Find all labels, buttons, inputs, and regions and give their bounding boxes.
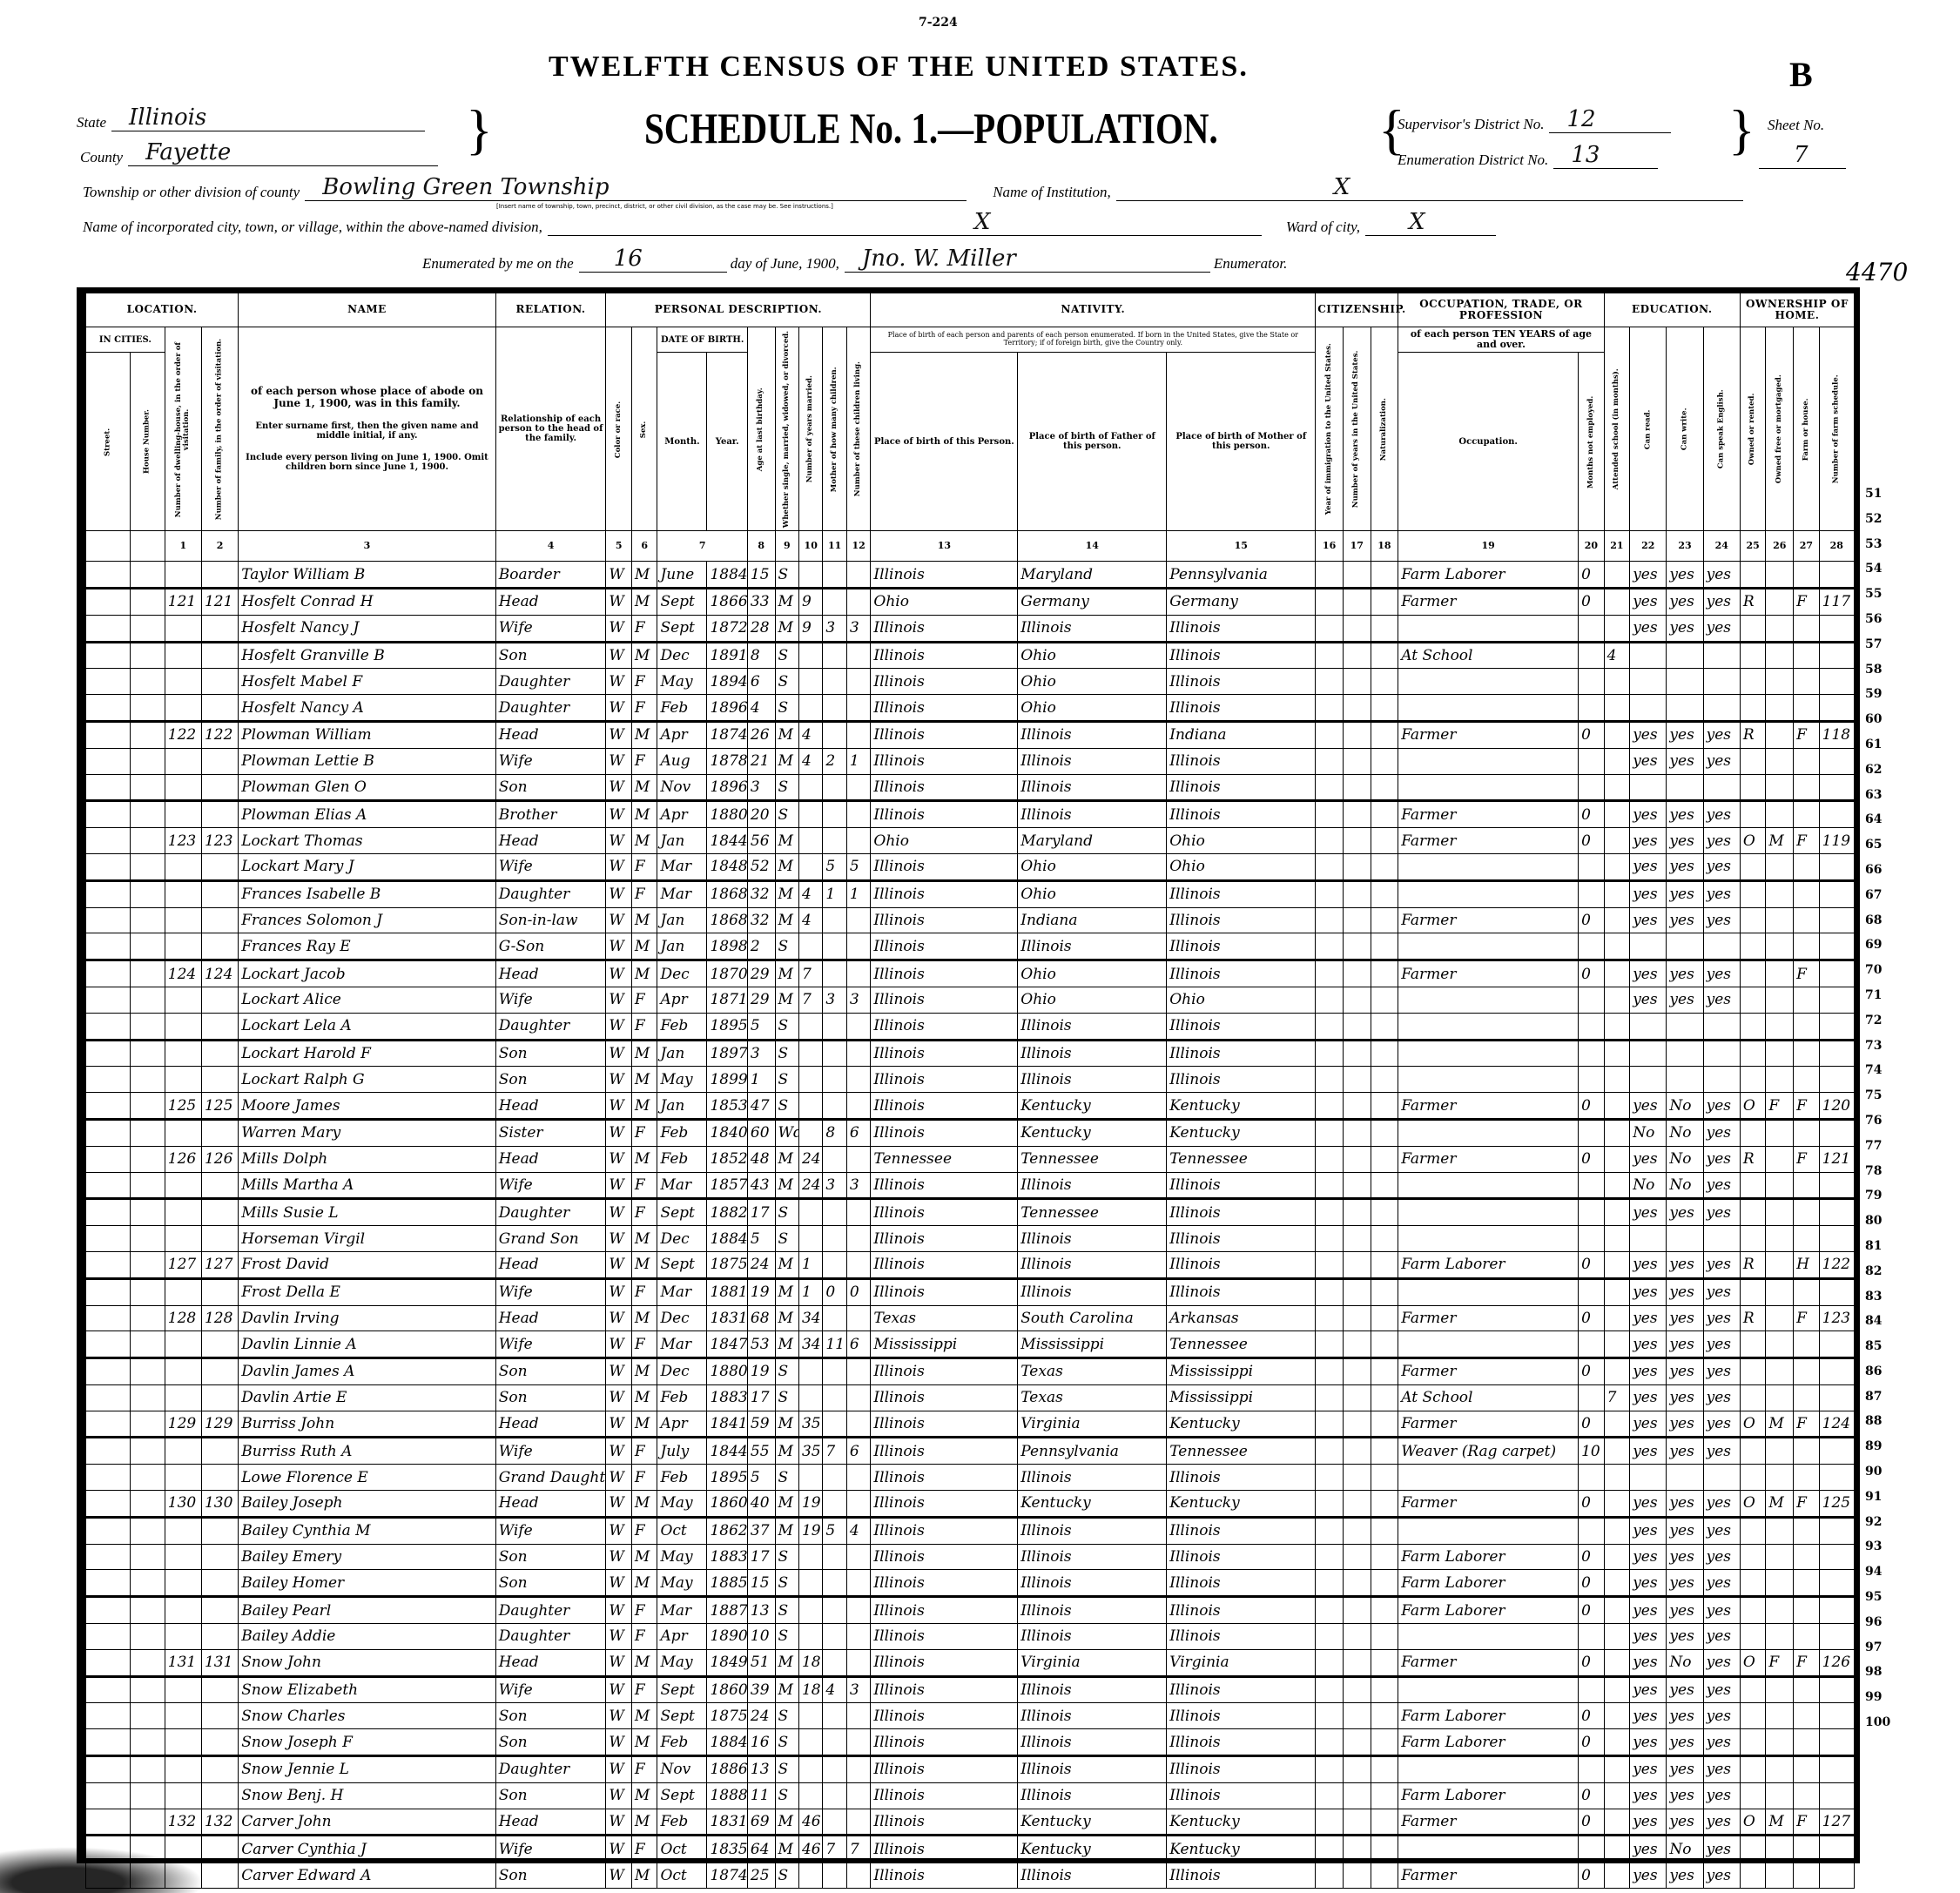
street-cell (86, 1093, 131, 1120)
owned-rented-header: Owned or rented. (1740, 327, 1766, 531)
nativity-header: NATIVITY. (871, 293, 1316, 327)
family-number-cell (201, 1067, 238, 1093)
age-cell: 3 (747, 774, 775, 801)
immigration-year-cell (1316, 669, 1344, 695)
naturalization-cell (1371, 1624, 1398, 1650)
age-cell: 11 (747, 1782, 775, 1809)
marital-status-cell: S (775, 1093, 798, 1120)
occupation-cell: Farmer (1398, 588, 1579, 615)
can-write-cell: yes (1667, 1331, 1703, 1358)
street-cell (86, 669, 131, 695)
line-number: 71 (1865, 983, 1900, 1008)
house-number-cell (130, 1199, 165, 1226)
census-row: Hosfelt Mabel FDaughterWFMay18946SIllino… (86, 669, 1855, 695)
house-number-cell (130, 1544, 165, 1570)
birthplace-father-cell: Illinois (1018, 1465, 1167, 1491)
relation-cell: Wife (495, 1172, 606, 1199)
marital-status-cell: S (775, 933, 798, 960)
house-number-cell (130, 1729, 165, 1756)
naturalization-cell (1371, 695, 1398, 722)
years-in-us-cell (1343, 1411, 1371, 1438)
census-row: Plowman Lettie BWifeWFAug187821M421Illin… (86, 748, 1855, 774)
occupation-cell: Farm Laborer (1398, 1570, 1579, 1597)
occupation-cell: Farm Laborer (1398, 1703, 1579, 1729)
can-write-cell: yes (1667, 1756, 1703, 1783)
birth-month-cell: Apr (657, 1624, 707, 1650)
farm-house-cell: F (1794, 1411, 1820, 1438)
column-number: 1 (165, 531, 201, 562)
census-row: 130130Bailey JosephHeadWMMay186040M19Ill… (86, 1491, 1855, 1518)
can-speak-english-cell (1703, 642, 1740, 669)
birthplace-father-cell: Illinois (1018, 774, 1167, 801)
dwelling-number-cell (165, 1358, 201, 1385)
can-read-cell: yes (1630, 987, 1667, 1013)
sex-cell: F (631, 1756, 657, 1783)
owned-rented-cell (1740, 1438, 1766, 1465)
line-number: 87 (1865, 1384, 1900, 1410)
can-write-cell: yes (1667, 615, 1703, 642)
relation-cell: Head (495, 1305, 606, 1331)
mother-of-cell (823, 588, 846, 615)
farm-schedule-cell (1819, 1067, 1854, 1093)
relation-cell: G-Son (495, 933, 606, 960)
birth-year-cell: 1886 (707, 1756, 747, 1783)
color-cell: W (606, 1384, 632, 1411)
birth-year-cell: 1880 (707, 1358, 747, 1385)
owned-free-cell: M (1766, 1491, 1794, 1518)
occupation-cell (1398, 1278, 1579, 1305)
mother-of-cell (823, 1756, 846, 1783)
county-field: County Fayette (80, 139, 438, 166)
mother-of-cell (823, 1384, 846, 1411)
street-cell (86, 1597, 131, 1624)
birthplace-father-cell: Texas (1018, 1358, 1167, 1385)
attended-school-cell (1604, 1305, 1630, 1331)
years-in-us-cell (1343, 1570, 1371, 1597)
age-cell: 51 (747, 1649, 775, 1676)
family-number-cell (201, 642, 238, 669)
attended-school-cell (1604, 1067, 1630, 1093)
census-row: Bailey Cynthia MWifeWFOct186237M1954Illi… (86, 1517, 1855, 1544)
birth-year-cell: 1898 (707, 933, 747, 960)
owned-rented-cell (1740, 1517, 1766, 1544)
owned-free-cell (1766, 907, 1794, 933)
birth-month-cell: Feb (657, 1384, 707, 1411)
mother-of-cell (823, 1782, 846, 1809)
can-write-header: Can write. (1667, 327, 1703, 531)
owned-rented-cell (1740, 1782, 1766, 1809)
years-married-cell (798, 1465, 822, 1491)
marital-status-cell: M (775, 1411, 798, 1438)
can-write-cell: No (1667, 1146, 1703, 1172)
birthplace-father-cell: Illinois (1018, 1013, 1167, 1040)
naturalization-cell (1371, 615, 1398, 642)
can-write-cell: yes (1667, 1676, 1703, 1703)
farm-schedule-cell (1819, 669, 1854, 695)
birthplace-person-cell: Illinois (871, 1809, 1018, 1836)
mother-of-cell: 3 (823, 615, 846, 642)
farm-house-cell: F (1794, 1649, 1820, 1676)
birthplace-person-cell: Illinois (871, 1836, 1018, 1863)
owned-rented-cell (1740, 1624, 1766, 1650)
street-cell (86, 1199, 131, 1226)
street-cell (86, 1146, 131, 1172)
occupation-cell (1398, 1331, 1579, 1358)
years-in-us-cell (1343, 615, 1371, 642)
attended-school-header: Attended school (in months). (1604, 327, 1630, 531)
years-married-cell (798, 1358, 822, 1385)
birth-month-cell: Feb (657, 1809, 707, 1836)
years-married-cell: 19 (798, 1491, 822, 1518)
family-number-cell: 132 (201, 1809, 238, 1836)
mother-of-cell (823, 1226, 846, 1252)
house-number-cell (130, 801, 165, 828)
line-number: 83 (1865, 1284, 1900, 1310)
birth-year-cell: 1860 (707, 1491, 747, 1518)
children-living-cell: 6 (846, 1331, 871, 1358)
census-row: Lockart Lela ADaughterWFFeb18955SIllinoi… (86, 1013, 1855, 1040)
census-row: 126126Mills DolphHeadWMFeb185248M24Tenne… (86, 1146, 1855, 1172)
marital-status-cell: M (775, 1278, 798, 1305)
sex-cell: M (631, 1251, 657, 1278)
dwelling-number-cell (165, 642, 201, 669)
line-number: 61 (1865, 732, 1900, 758)
years-in-us-cell (1343, 1067, 1371, 1093)
birthplace-father-cell: Illinois (1018, 1570, 1167, 1597)
house-number-cell (130, 1331, 165, 1358)
township-field: Township or other division of county Bow… (83, 174, 1743, 201)
birth-year-cell: 1857 (707, 1172, 747, 1199)
can-speak-english-cell: yes (1703, 1491, 1740, 1518)
family-number-cell: 124 (201, 960, 238, 987)
enumeration-label: Enumeration District No. (1398, 152, 1548, 169)
attended-school-cell (1604, 987, 1630, 1013)
relation-cell: Head (495, 1093, 606, 1120)
farm-schedule-cell (1819, 615, 1854, 642)
sex-cell: F (631, 1172, 657, 1199)
person-name-cell: Horseman Virgil (239, 1226, 496, 1252)
birthplace-father-cell: Tennessee (1018, 1146, 1167, 1172)
birthplace-mother-cell: Illinois (1167, 1570, 1316, 1597)
in-cities-header: IN CITIES. (86, 327, 165, 353)
months-unemployed-cell: 10 (1579, 1438, 1605, 1465)
immigration-year-cell (1316, 1411, 1344, 1438)
can-write-cell: yes (1667, 588, 1703, 615)
immigration-year-cell (1316, 695, 1344, 722)
census-row: Horseman VirgilGrand SonWMDec18845SIllin… (86, 1226, 1855, 1252)
birth-month-cell: Apr (657, 1411, 707, 1438)
sex-cell: M (631, 1729, 657, 1756)
naturalization-cell (1371, 1570, 1398, 1597)
age-cell: 10 (747, 1624, 775, 1650)
owned-free-cell (1766, 748, 1794, 774)
naturalization-header: Naturalization. (1371, 327, 1398, 531)
birthplace-father-cell: Ohio (1018, 642, 1167, 669)
birth-month-cell: Apr (657, 987, 707, 1013)
occupation-cell: Weaver (Rag carpet) (1398, 1438, 1579, 1465)
months-unemployed-cell: 0 (1579, 1570, 1605, 1597)
education-header: EDUCATION. (1604, 293, 1740, 327)
can-write-cell: yes (1667, 960, 1703, 987)
marital-status-cell: S (775, 1703, 798, 1729)
color-header: Color or race. (606, 327, 632, 531)
months-unemployed-cell: 0 (1579, 1146, 1605, 1172)
relation-cell: Daughter (495, 1013, 606, 1040)
relation-description-header: Relationship of each person to the head … (495, 327, 606, 531)
owned-rented-cell: O (1740, 1411, 1766, 1438)
birth-year-cell: 1874 (707, 721, 747, 748)
birthplace-mother-cell: Illinois (1167, 801, 1316, 828)
dwelling-number-cell (165, 1040, 201, 1067)
marital-status-cell: S (775, 1570, 798, 1597)
occupation-cell (1398, 987, 1579, 1013)
age-cell: 21 (747, 748, 775, 774)
farm-schedule-cell (1819, 1331, 1854, 1358)
dwelling-number-cell (165, 1013, 201, 1040)
family-number-cell (201, 1226, 238, 1252)
birthplace-mother-cell: Tennessee (1167, 1331, 1316, 1358)
county-label: County (80, 149, 123, 166)
marital-status-cell: S (775, 1863, 798, 1889)
can-read-cell: yes (1630, 1278, 1667, 1305)
naturalization-cell (1371, 1226, 1398, 1252)
sex-cell: M (631, 933, 657, 960)
birthplace-mother-cell: Ohio (1167, 853, 1316, 880)
person-name-cell: Davlin Artie E (239, 1384, 496, 1411)
family-number-cell (201, 1199, 238, 1226)
birthplace-father-cell: Illinois (1018, 721, 1167, 748)
state-value: Illinois (129, 104, 206, 131)
can-write-cell: yes (1667, 1597, 1703, 1624)
farm-schedule-cell (1819, 1836, 1854, 1863)
years-married-cell (798, 562, 822, 589)
can-write-cell: yes (1667, 1251, 1703, 1278)
farm-house-cell: F (1794, 828, 1820, 854)
birth-year-cell: 1866 (707, 588, 747, 615)
color-cell: W (606, 669, 632, 695)
line-number: 79 (1865, 1183, 1900, 1209)
marital-status-cell: S (775, 801, 798, 828)
farm-house-cell (1794, 853, 1820, 880)
years-in-us-cell (1343, 853, 1371, 880)
years-in-us-cell (1343, 588, 1371, 615)
census-row: 131131Snow JohnHeadWMMay184951M18Illinoi… (86, 1649, 1855, 1676)
line-number: 51 (1865, 482, 1900, 507)
owned-free-cell (1766, 695, 1794, 722)
person-name-cell: Taylor William B (239, 562, 496, 589)
owned-free-cell (1766, 880, 1794, 907)
can-read-cell: yes (1630, 1438, 1667, 1465)
street-cell (86, 642, 131, 669)
relation-cell: Daughter (495, 1624, 606, 1650)
can-speak-english-cell (1703, 1465, 1740, 1491)
person-name-cell: Plowman Lettie B (239, 748, 496, 774)
birth-month-cell: Feb (657, 1119, 707, 1146)
owned-free-cell (1766, 853, 1794, 880)
marital-status-cell: M (775, 1146, 798, 1172)
years-married-cell (798, 1013, 822, 1040)
immigration-year-cell (1316, 880, 1344, 907)
family-number-cell (201, 1331, 238, 1358)
occupation-cell: Farm Laborer (1398, 1597, 1579, 1624)
person-name-cell: Lockart Harold F (239, 1040, 496, 1067)
birth-year-cell: 1890 (707, 1624, 747, 1650)
children-living-cell (846, 1251, 871, 1278)
birth-year-cell: 1894 (707, 669, 747, 695)
birthplace-person-cell: Illinois (871, 1199, 1018, 1226)
mother-of-cell (823, 669, 846, 695)
census-row: Snow CharlesSonWMSept187524SIllinoisIlli… (86, 1703, 1855, 1729)
birthplace-person-cell: Illinois (871, 1013, 1018, 1040)
years-in-us-cell (1343, 1544, 1371, 1570)
farm-schedule-cell: 123 (1819, 1305, 1854, 1331)
family-number-cell (201, 801, 238, 828)
owned-free-cell (1766, 1756, 1794, 1783)
farm-house-cell (1794, 801, 1820, 828)
birth-year-cell: 1875 (707, 1251, 747, 1278)
occupation-cell (1398, 1676, 1579, 1703)
marital-status-cell: M (775, 1172, 798, 1199)
years-married-cell (798, 1067, 822, 1093)
months-unemployed-cell: 0 (1579, 588, 1605, 615)
person-name-cell: Mills Dolph (239, 1146, 496, 1172)
owned-rented-cell (1740, 1226, 1766, 1252)
street-cell (86, 1809, 131, 1836)
attended-school-cell (1604, 1517, 1630, 1544)
occupation-cell (1398, 774, 1579, 801)
age-cell: 24 (747, 1703, 775, 1729)
relation-cell: Sister (495, 1119, 606, 1146)
can-read-cell: yes (1630, 853, 1667, 880)
mother-of-cell (823, 1570, 846, 1597)
line-number: 94 (1865, 1560, 1900, 1585)
marital-status-cell: S (775, 1384, 798, 1411)
birthplace-father-cell: Illinois (1018, 1251, 1167, 1278)
birth-month-cell: Oct (657, 1836, 707, 1863)
person-name-cell: Plowman Elias A (239, 801, 496, 828)
immigration-year-cell (1316, 1863, 1344, 1889)
immigration-year-cell (1316, 721, 1344, 748)
birthplace-person-cell: Illinois (871, 1649, 1018, 1676)
years-in-us-cell (1343, 828, 1371, 854)
birthplace-person-cell: Illinois (871, 880, 1018, 907)
house-number-cell (130, 1649, 165, 1676)
person-name-cell: Lockart Ralph G (239, 1067, 496, 1093)
owned-rented-cell (1740, 1199, 1766, 1226)
occupation-cell: Farmer (1398, 1411, 1579, 1438)
person-name-cell: Mills Martha A (239, 1172, 496, 1199)
street-cell (86, 880, 131, 907)
family-number-cell (201, 1384, 238, 1411)
children-living-cell (846, 1305, 871, 1331)
naturalization-cell (1371, 933, 1398, 960)
age-cell: 29 (747, 960, 775, 987)
birth-month-cell: Feb (657, 1146, 707, 1172)
farm-house-cell: F (1794, 721, 1820, 748)
line-number: 68 (1865, 908, 1900, 933)
immigration-year-cell (1316, 1836, 1344, 1863)
line-number: 81 (1865, 1234, 1900, 1259)
owned-free-header: Owned free or mortgaged. (1766, 327, 1794, 531)
line-number: 58 (1865, 657, 1900, 683)
column-number: 28 (1819, 531, 1854, 562)
can-read-cell (1630, 1040, 1667, 1067)
farm-house-cell (1794, 987, 1820, 1013)
birthplace-person-cell: Illinois (871, 1358, 1018, 1385)
age-cell: 47 (747, 1093, 775, 1120)
marital-status-cell: M (775, 1649, 798, 1676)
immigration-year-cell (1316, 960, 1344, 987)
months-unemployed-cell (1579, 642, 1605, 669)
farm-schedule-cell: 120 (1819, 1093, 1854, 1120)
owned-rented-cell (1740, 1544, 1766, 1570)
line-number: 77 (1865, 1134, 1900, 1159)
marital-status-cell: S (775, 562, 798, 589)
naturalization-cell (1371, 1597, 1398, 1624)
family-number-cell (201, 669, 238, 695)
can-read-cell: yes (1630, 1809, 1667, 1836)
can-read-cell: yes (1630, 880, 1667, 907)
birthplace-father-cell: Ohio (1018, 987, 1167, 1013)
family-number-cell: 130 (201, 1491, 238, 1518)
attended-school-cell (1604, 1756, 1630, 1783)
mother-of-cell (823, 1863, 846, 1889)
mother-of-cell (823, 1411, 846, 1438)
marital-status-cell: M (775, 1251, 798, 1278)
family-number-cell: 122 (201, 721, 238, 748)
dwelling-number-cell (165, 1544, 201, 1570)
line-number: 91 (1865, 1485, 1900, 1510)
age-cell: 16 (747, 1729, 775, 1756)
street-cell (86, 748, 131, 774)
column-number-row: 1234567891011121314151617181920212223242… (86, 531, 1855, 562)
birth-month-cell: Sept (657, 1676, 707, 1703)
person-name-cell: Frances Isabelle B (239, 880, 496, 907)
marital-status-cell: M (775, 1491, 798, 1518)
census-row: Frost Della EWifeWFMar188119M100Illinois… (86, 1278, 1855, 1305)
person-name-cell: Davlin James A (239, 1358, 496, 1385)
column-number: 24 (1703, 531, 1740, 562)
birth-year-cell: 1870 (707, 960, 747, 987)
family-number-cell (201, 1624, 238, 1650)
birthplace-person-cell: Illinois (871, 933, 1018, 960)
birth-month-cell: Oct (657, 1517, 707, 1544)
census-row: Plowman Glen OSonWMNov18963SIllinoisIlli… (86, 774, 1855, 801)
farm-house-cell (1794, 1199, 1820, 1226)
can-speak-english-cell (1703, 774, 1740, 801)
birth-month-cell: Feb (657, 1013, 707, 1040)
children-living-cell (846, 1040, 871, 1067)
farm-schedule-cell (1819, 1199, 1854, 1226)
attended-school-cell (1604, 1703, 1630, 1729)
immigration-year-cell (1316, 1624, 1344, 1650)
family-number-cell (201, 1544, 238, 1570)
months-unemployed-cell (1579, 933, 1605, 960)
birth-month-cell: Nov (657, 1756, 707, 1783)
marital-status-header: Whether single, married, widowed, or div… (775, 327, 798, 531)
relation-cell: Wife (495, 748, 606, 774)
years-in-us-cell (1343, 1358, 1371, 1385)
can-speak-english-cell: yes (1703, 1597, 1740, 1624)
naturalization-cell (1371, 1809, 1398, 1836)
owned-rented-cell (1740, 1597, 1766, 1624)
owned-free-cell (1766, 1782, 1794, 1809)
mother-of-cell (823, 907, 846, 933)
census-row: Lockart Ralph GSonWMMay18991SIllinoisIll… (86, 1067, 1855, 1093)
sex-cell: M (631, 1570, 657, 1597)
months-unemployed-cell: 0 (1579, 562, 1605, 589)
birthplace-mother-cell: Illinois (1167, 907, 1316, 933)
